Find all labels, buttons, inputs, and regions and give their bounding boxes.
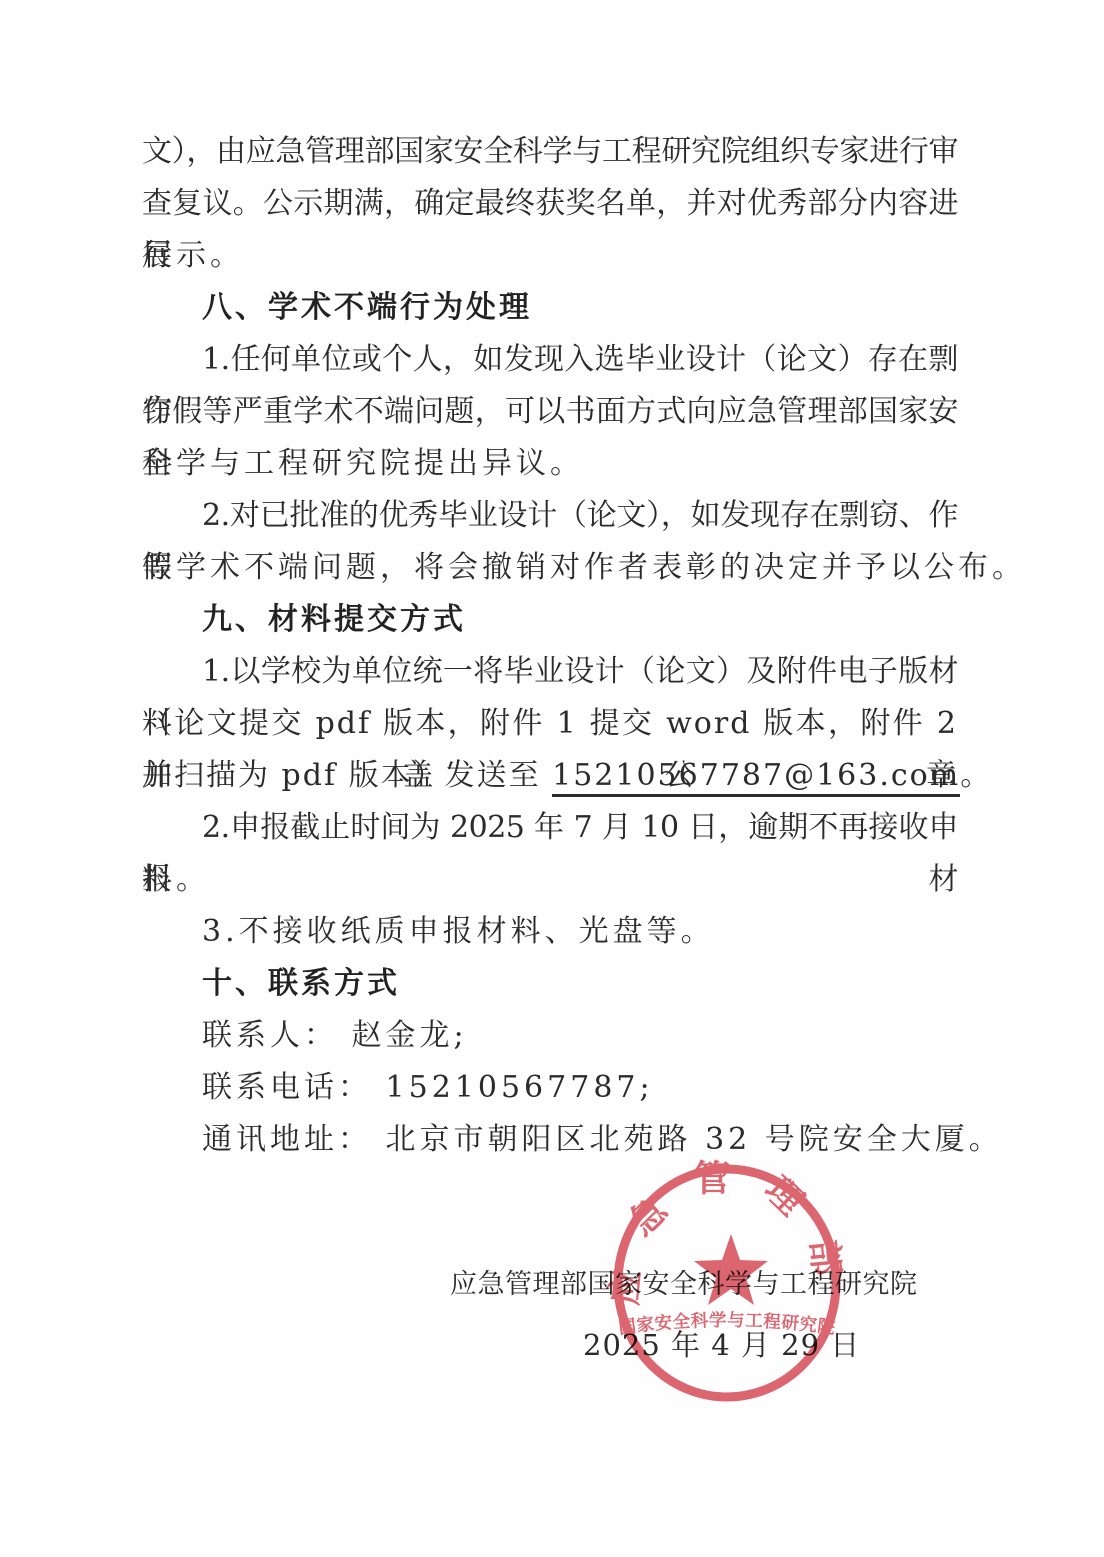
star-icon [694, 1234, 768, 1305]
seal-center-text: 国家安全科学与工程研究院 [617, 1310, 836, 1339]
contact-phone-line: 联系电话： 15210567787; [142, 1062, 958, 1114]
email-line-prefix: 并扫描为 pdf 版本）发送至 [142, 758, 552, 793]
body-line: 展示。 [142, 230, 958, 282]
body-line: 3.不接收纸质申报材料、光盘等。 [142, 906, 958, 958]
email-line-suffix: 。 [960, 758, 992, 793]
official-seal: 应急管理部 国家安全科学与工程研究院 [600, 1155, 860, 1415]
scanned-document-page: 文），由应急管理部国家安全科学与工程研究院组织专家进行审 查复议。公示期满，确定… [0, 0, 1104, 1557]
body-line: 1.以学校为单位统一将毕业设计（论文）及附件电子版材料 [142, 646, 958, 698]
section-heading-9: 九、材料提交方式 [142, 594, 958, 646]
document-body: 文），由应急管理部国家安全科学与工程研究院组织专家进行审 查复议。公示期满，确定… [142, 126, 958, 1166]
contact-person-line: 联系人： 赵金龙; [142, 1010, 958, 1062]
body-line-with-email: 并扫描为 pdf 版本）发送至 15210567787@163.com。 [142, 750, 958, 802]
section-heading-8: 八、学术不端行为处理 [142, 282, 958, 334]
body-line: 作假等严重学术不端问题，可以书面方式向应急管理部国家安全 [142, 386, 958, 438]
body-line: 科学与工程研究院提出异议。 [142, 438, 958, 490]
seal-graphic: 应急管理部 国家安全科学与工程研究院 [604, 1159, 849, 1397]
body-line: 等学术不端问题，将会撤销对作者表彰的决定并予以公布。 [142, 542, 958, 594]
body-line: 文），由应急管理部国家安全科学与工程研究院组织专家进行审 [142, 126, 958, 178]
submission-email-address: 15210567787@163.com [552, 758, 960, 797]
body-line: 2.对已批准的优秀毕业设计（论文），如发现存在剽窃、作假 [142, 490, 958, 542]
section-heading-10: 十、联系方式 [142, 958, 958, 1010]
body-line: 1.任何单位或个人，如发现入选毕业设计（论文）存在剽窃、 [142, 334, 958, 386]
body-line: 2.申报截止时间为 2025 年 7 月 10 日，逾期不再接收申报材 [142, 802, 958, 854]
body-line: （论文提交 pdf 版本，附件 1 提交 word 版本，附件 2 加盖公章 [142, 698, 958, 750]
body-line: 查复议。公示期满，确定最终获奖名单，并对优秀部分内容进行 [142, 178, 958, 230]
